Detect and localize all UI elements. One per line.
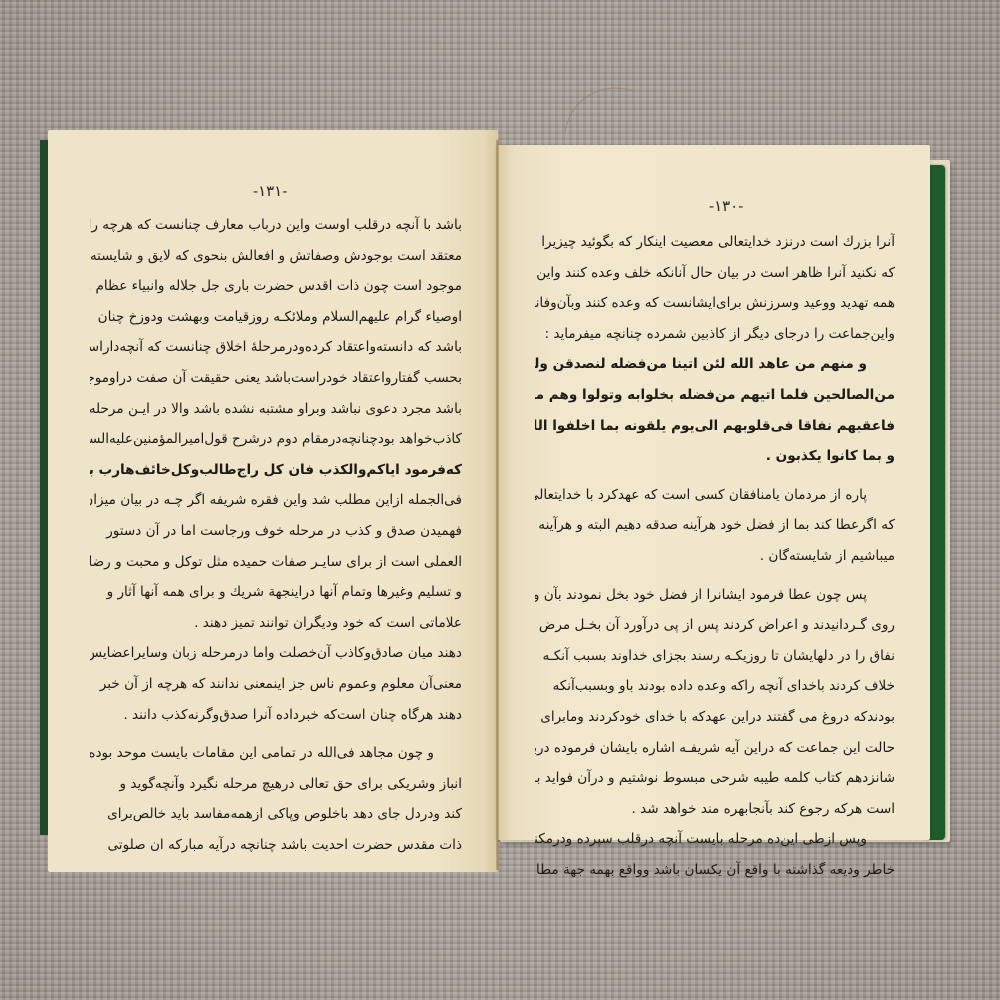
text-line: و تسلیم وغیرها وتمام آنها دراینجهة شریك … [90, 577, 462, 608]
right-page-text: آنرا بزرك است درنزد خدایتعالی معصیت اینک… [535, 227, 895, 885]
text-line: باشد با آنچه درقلب اوست واین درباب معارف… [90, 210, 462, 241]
loose-thread [565, 81, 633, 140]
text-line: کند ودردل جای دهد باخلوص وپاکی ازهمه‌مفا… [90, 799, 462, 830]
text-line: بحسب گفتارواعتقاد خودراست‌باشد یعنی حقیق… [90, 363, 462, 394]
book-gutter [496, 140, 499, 870]
text-line-verse: فاعقبهم نفاقا فی‌قلوبهم الی‌یوم یلقونه ب… [535, 411, 895, 442]
text-line: معتقد است بوجودش وصفاتش و افعالش بنحوی ک… [90, 241, 462, 272]
text-line: دهند هرگاه چنان است‌که خبرداده آنرا صدق‌… [90, 700, 462, 731]
text-line-paragraph-start: وپس ازطی این‌ده مرحله بایست آنچه درقلب س… [535, 824, 895, 855]
text-line: موجود است چون ذات اقدس حضرت باری جل جلال… [90, 271, 462, 302]
text-line: آنرا بزرك است درنزد خدایتعالی معصیت اینک… [535, 227, 895, 258]
text-line: که نکنید آنرا ظاهر است در بیان حال آنانک… [535, 258, 895, 289]
text-line-verse: و منهم من عاهد الله لئن اتینا من‌فضله لن… [535, 349, 895, 380]
text-line: بودندکه دروغ می گفتند دراین عهدکه با خدا… [535, 702, 895, 733]
text-line: همه تهدید ووعید وسرزنش برای‌ایشانست که و… [535, 288, 895, 319]
page-number-right: -۱۳۰- [709, 197, 743, 215]
text-line: حالت این جماعت که دراین آیه شریفـه اشاره… [535, 733, 895, 764]
text-line: روی گـردانیدند و اعراض کردند پس از پی در… [535, 610, 895, 641]
text-line: فی‌الجمله ازاین مطلب شد واین فقره شریفه … [90, 485, 462, 516]
left-page: -۱۳۱- باشد با آنچه درقلب اوست واین درباب… [48, 130, 498, 872]
text-line: العملی است از برای سایـر صفات حمیده مثل … [90, 547, 462, 578]
text-line: شانزدهم کتاب کلمه طیبه شرحی مبسوط نوشتیم… [535, 763, 895, 794]
text-line: خاطر ودیعه گذاشته با واقع آن یکسان باشد … [535, 855, 895, 886]
left-page-text: باشد با آنچه درقلب اوست واین درباب معارف… [90, 210, 462, 860]
text-line: است هرکه رجوع کند بآنجابهره مند خواهد شد… [535, 794, 895, 825]
text-line: باشد که دانسته‌واعتقاد کرده‌ودرمرحلهٔ اخ… [90, 332, 462, 363]
text-line-hadith: که‌فرمود ایاکم‌والکذب فان کل راج‌طالب‌وک… [90, 455, 462, 486]
text-line: دهند میان صادق‌وکاذب آن‌خصلت واما درمرحل… [90, 638, 462, 669]
text-line: اوصیاء گرام علیهم‌السلام وملائکـه روزقیا… [90, 302, 462, 333]
text-line: ذات مقدس حضرت احدیت باشد چنانچه درآیه مب… [90, 830, 462, 861]
text-line: باشد مجرد دعوی نباشد وبراو مشتبه نشده با… [90, 394, 462, 425]
text-line-verse: من‌الصالحین فلما اتیهم من‌فضله بخلوابه و… [535, 380, 895, 411]
text-line-verse: و بما کانوا یکذبون . [535, 441, 895, 472]
text-line: فهمیدن صدق و کذب در مرحله خوف ورجاست اما… [90, 516, 462, 547]
text-line-paragraph-start: پس چون عطا فرمود ایشانرا از فضل خود بخل … [535, 580, 895, 611]
text-line: معنی‌آن معلوم وعموم ناس جز اینمعنی ندانن… [90, 669, 462, 700]
text-line: خلاف کردند باخدای آنچه راکه وعده داده بو… [535, 671, 895, 702]
text-line: واین‌جماعت را درجای دیگر از کاذبین شمرده… [535, 319, 895, 350]
text-line: که اگرعطا کند بما از فضل خود هرآینه صدقه… [535, 510, 895, 541]
text-line: علاماتی است که خود ودیگران توانند تمیز د… [90, 608, 462, 639]
right-page: -۱۳۰- آنرا بزرك است درنزد خدایتعالی معصی… [497, 145, 930, 840]
text-line: نفاق را در دلهایشان تا روزیکـه رسند بجزا… [535, 641, 895, 672]
text-line: کاذب‌خواهد بودچنانچه‌درمقام دوم درشرح قو… [90, 424, 462, 455]
page-number-left: -۱۳۱- [253, 182, 287, 200]
text-line: انباز وشریکی برای حق تعالی درهیچ مرحله ن… [90, 769, 462, 800]
text-line-paragraph-start: و چون مجاهد فی‌الله در تمامی این مقامات … [90, 738, 462, 769]
text-line-paragraph-start: پاره از مردمان یامنافقان کسی است که عهدک… [535, 480, 895, 511]
text-line: میباشیم از شایسته‌گان . [535, 541, 895, 572]
